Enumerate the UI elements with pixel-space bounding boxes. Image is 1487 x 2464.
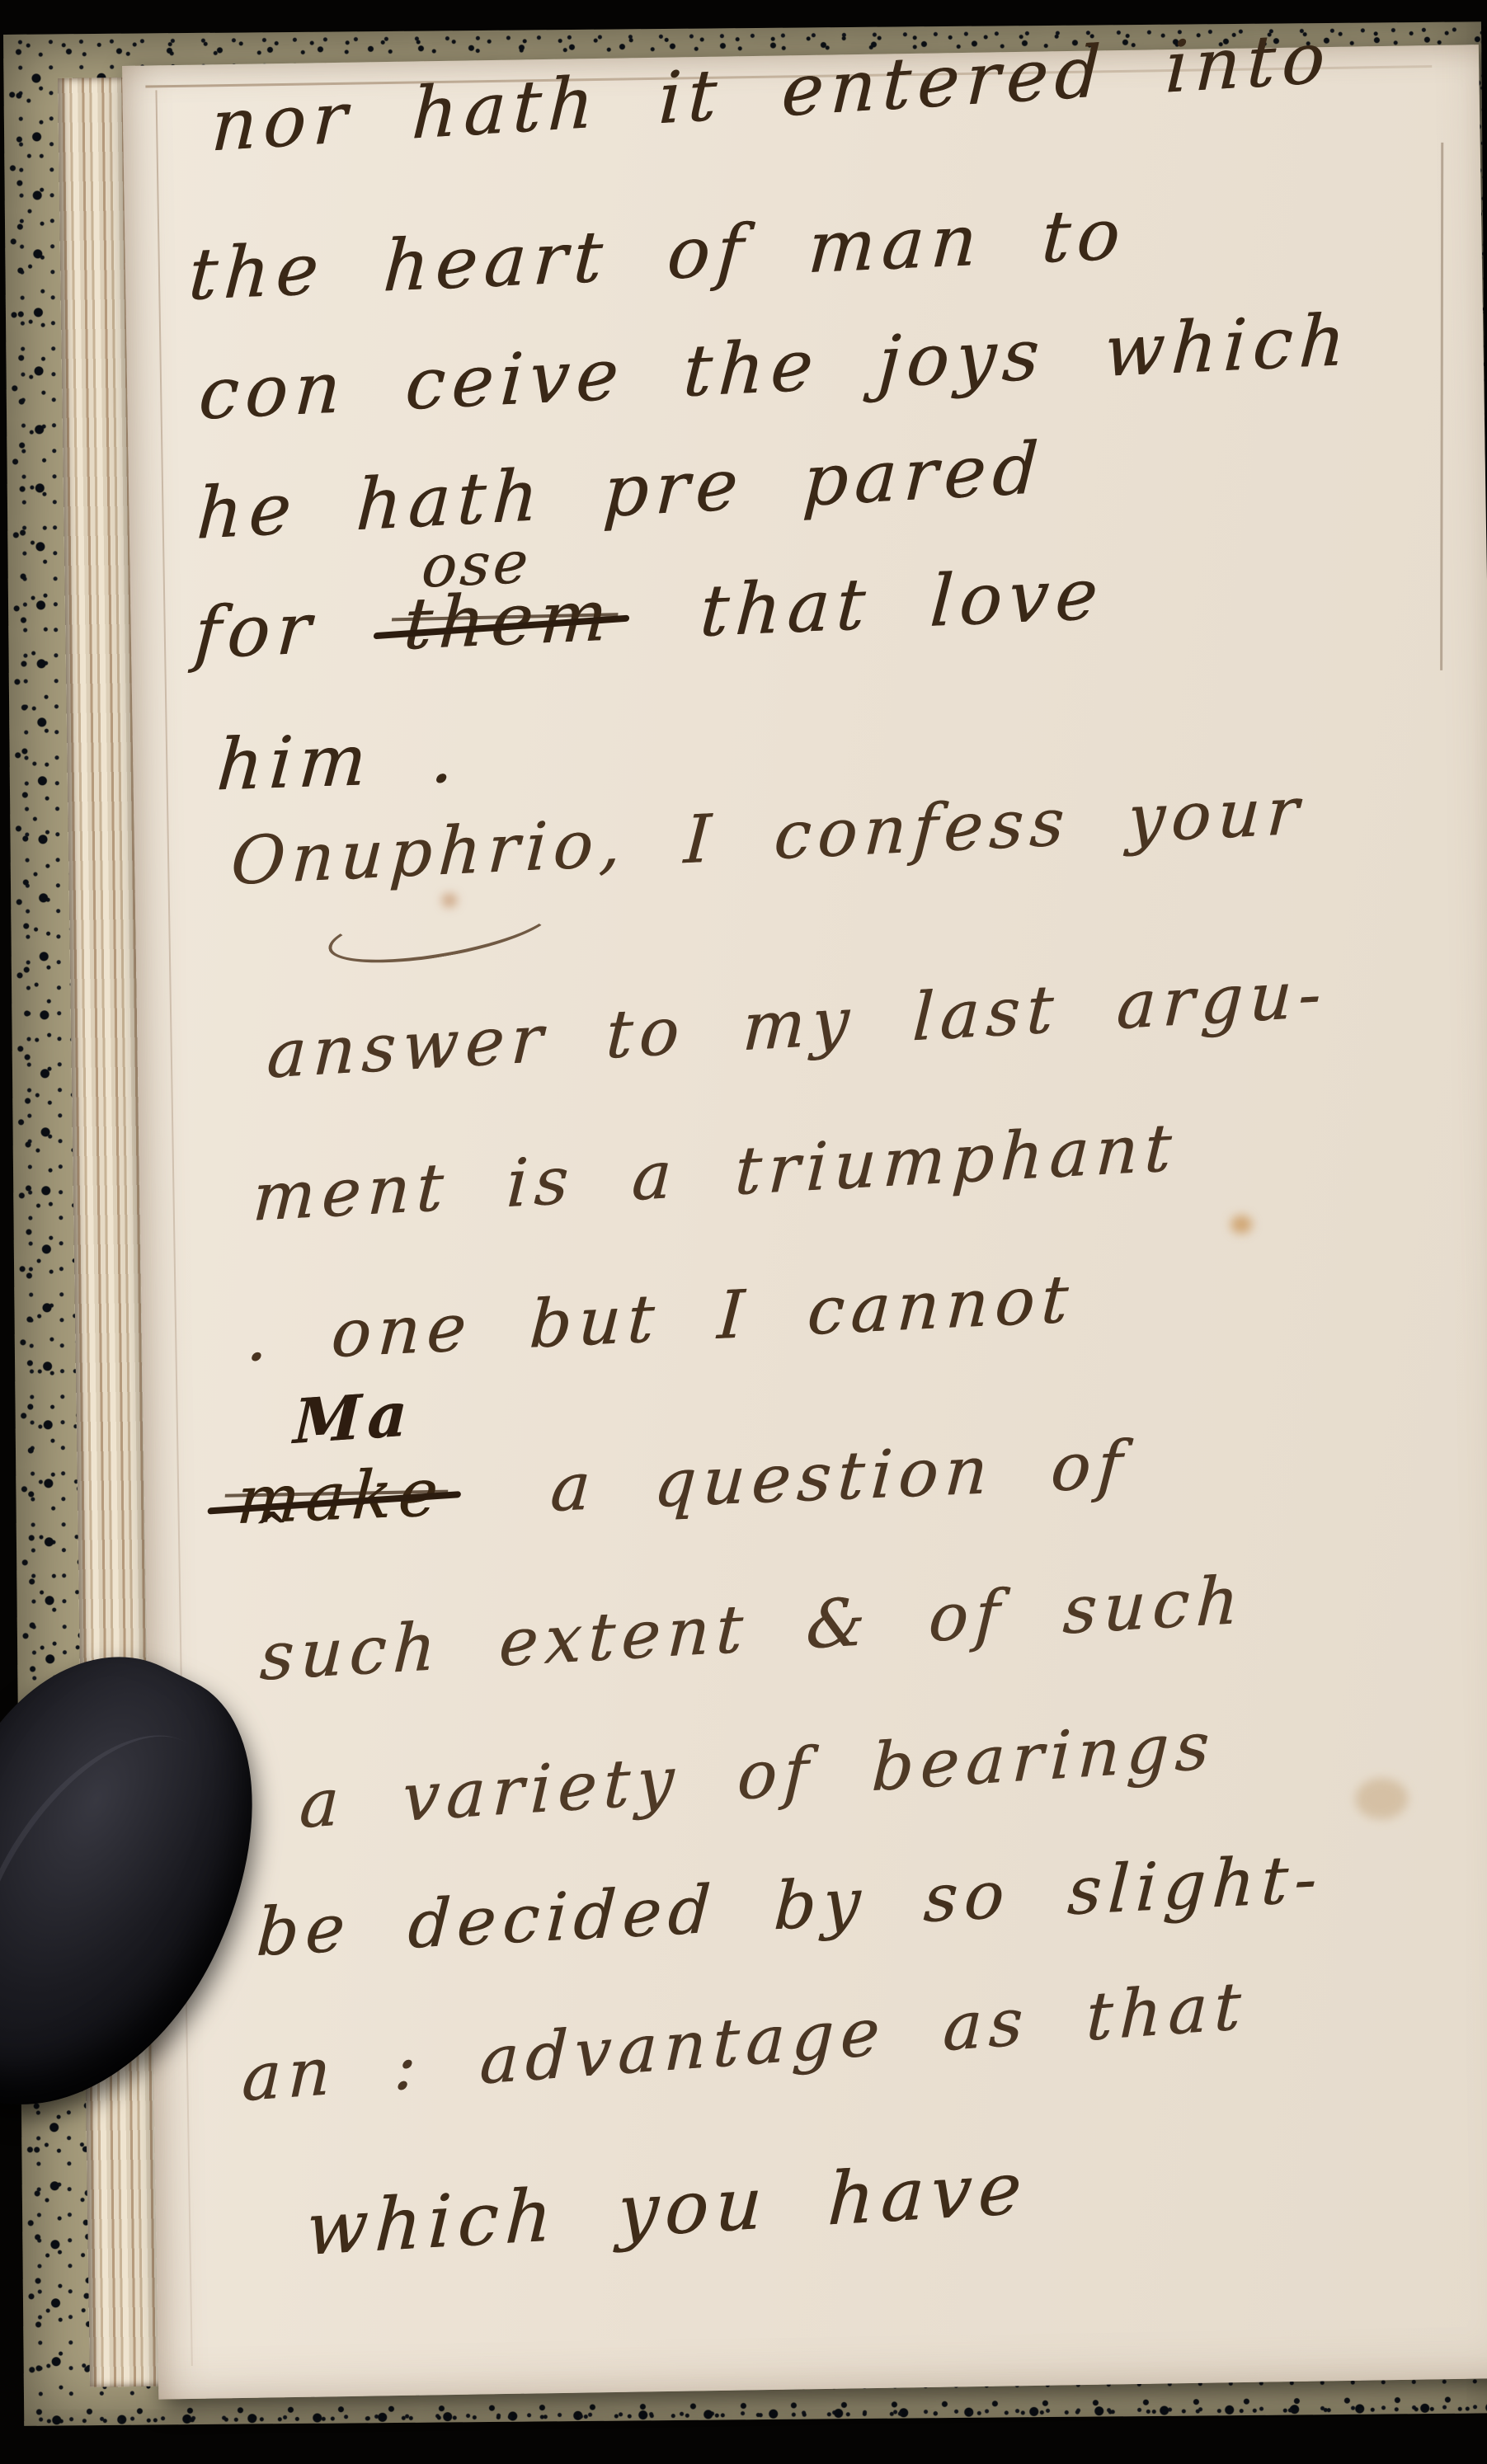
manuscript-line-4: he hath pre pared — [195, 427, 1047, 556]
manuscript-line-12: such extent & of such — [258, 1562, 1247, 1695]
manuscript-line-10: . one but I cannot — [245, 1260, 1077, 1376]
insertion-caret: ^ — [252, 1502, 296, 1552]
ink-stain — [1355, 1778, 1409, 1820]
manuscript-line-14: to be decided by so slight- — [118, 1840, 1325, 1977]
manuscript-page: nor hath it entered into the heart of ma… — [122, 45, 1487, 2399]
manuscript-line-8: answer to my last argu- — [266, 955, 1329, 1093]
insertion-ose: ose — [420, 529, 533, 601]
line11-rest: a question of — [548, 1426, 1131, 1526]
line11-correction: make ^ — [234, 1454, 446, 1539]
flourish-underline — [324, 883, 558, 976]
manuscript-line-15: an : advantage as that — [241, 1967, 1249, 2116]
ink-stain — [1231, 1216, 1252, 1234]
manuscript-line-16: which you have — [304, 2145, 1030, 2272]
page-crease — [1440, 143, 1443, 670]
manuscript-line-9: ment is a triumphant — [251, 1109, 1179, 1236]
manuscript-line-6: him . — [214, 716, 464, 806]
manuscript-line-2: the heart of man to — [186, 193, 1129, 317]
manuscript-line-13: a variety of bearings — [298, 1707, 1216, 1843]
line5-correction: them ose — [402, 574, 616, 665]
insertion-ma: Ma — [292, 1379, 415, 1458]
manuscript-photo: nor hath it entered into the heart of ma… — [0, 0, 1487, 2464]
manuscript-line-3: con ceive the joys which — [196, 299, 1353, 436]
line5-rest: that love — [698, 553, 1107, 653]
line5-word-for: for — [192, 587, 320, 675]
manuscript-line-5: for them ose that love — [192, 553, 1107, 675]
